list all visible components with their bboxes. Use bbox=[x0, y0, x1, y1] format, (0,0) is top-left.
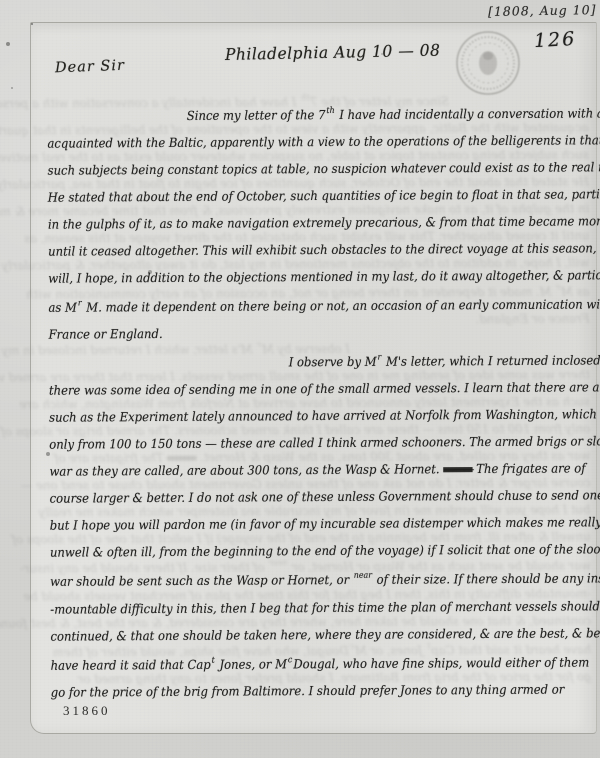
manuscript-line: course larger & better. I do not ask one… bbox=[50, 482, 553, 512]
archive-number: 31860 bbox=[63, 703, 111, 719]
manuscript-line: go for the price of the brig from Baltim… bbox=[51, 675, 554, 705]
archival-date-annotation: [1808, Aug 10] bbox=[488, 2, 598, 19]
manuscript-line: until it ceased altogether. This will ex… bbox=[48, 235, 551, 265]
manuscript-line: there was some idea of sending me in one… bbox=[49, 374, 552, 404]
letter-page: 126 Philadelphia Aug 10 — 08 Dear Sir Si… bbox=[30, 22, 597, 734]
manuscript-line: such subjects being constant topics at t… bbox=[48, 154, 551, 184]
manuscript-line: unwell & often ill, from the beginning t… bbox=[50, 536, 553, 566]
manuscript-line: war should be sent such as the Wasp or H… bbox=[50, 563, 553, 595]
manuscript-line: only from 100 to 150 tons — these are ca… bbox=[49, 428, 552, 458]
salutation: Dear Sir bbox=[55, 58, 125, 76]
manuscript-line: France or England. bbox=[49, 318, 552, 348]
manuscript-line: as Mr M. made it dependent on there bein… bbox=[48, 289, 551, 321]
paragraph: I observe by Mr M's letter, which I retu… bbox=[49, 345, 592, 706]
dateline: Philadelphia Aug 10 — 08 bbox=[225, 40, 441, 64]
manuscript-line: Since my letter of the 7th I have had in… bbox=[47, 98, 550, 130]
manuscript-line: continued, & that one should be taken he… bbox=[50, 619, 553, 649]
paragraph: Since my letter of the 7th I have had in… bbox=[47, 97, 590, 348]
letter-body: Since my letter of the 7th I have had in… bbox=[47, 97, 592, 705]
manuscript-line: acquainted with the Baltic, apparently w… bbox=[47, 127, 550, 157]
manuscript-line: -mountable difficulty in this, then I be… bbox=[50, 592, 553, 622]
manuscript-line: but I hope you will pardon me (in favor … bbox=[50, 509, 553, 539]
manuscript-line: I observe by Mr M's letter, which I retu… bbox=[49, 345, 552, 377]
manuscript-line: war as they are called, are about 300 to… bbox=[49, 455, 552, 485]
manuscript-line: He stated that about the end of October,… bbox=[48, 181, 551, 211]
manuscript-line: have heard it said that Capt Jones, or M… bbox=[51, 646, 554, 678]
scanned-letter: [1808, Aug 10] 126 Philadelphia Aug 10 —… bbox=[0, 0, 600, 758]
manuscript-line: in the gulphs of it, as to make navigati… bbox=[48, 208, 551, 238]
page-number: 126 bbox=[533, 28, 576, 52]
manuscript-line: will, I hope, in addition to the objecti… bbox=[48, 262, 551, 292]
manuscript-line: such as the Experiment lately announced … bbox=[49, 401, 552, 431]
